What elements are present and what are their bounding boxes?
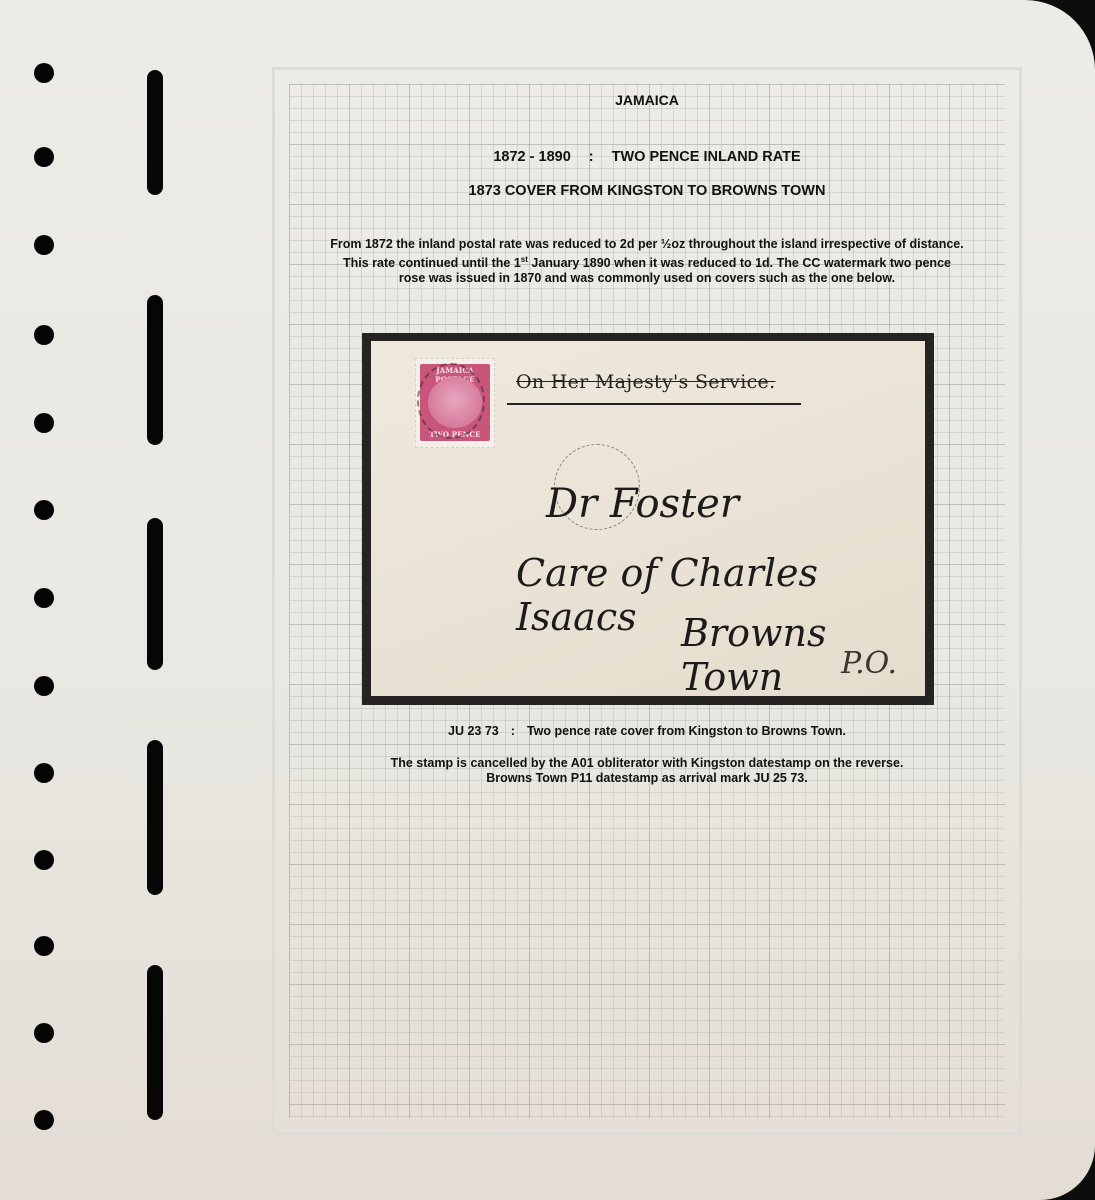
note-line-2: Browns Town P11 datestamp as arrival mar… <box>272 771 1022 786</box>
binder-slot <box>147 740 163 895</box>
binder-slot <box>147 518 163 670</box>
cover-mount: JAMAICA POSTAGE TWO PENCE On Her Majesty… <box>362 333 934 705</box>
binder-slot <box>147 70 163 195</box>
cover-caption: JU 23 73:Two pence rate cover from Kings… <box>272 724 1022 738</box>
punch-hole <box>34 63 54 83</box>
address-line-1: Dr Foster <box>546 481 739 527</box>
cover-notes: The stamp is cancelled by the A01 oblite… <box>272 756 1022 786</box>
punch-hole <box>34 763 54 783</box>
punch-hole <box>34 676 54 696</box>
printed-heading: On Her Majesty's Service. <box>516 371 775 393</box>
punch-hole <box>34 588 54 608</box>
punch-hole <box>34 936 54 956</box>
separator: : <box>589 149 594 165</box>
intro-line-2-text: This rate continued until the 1 <box>343 256 521 270</box>
punch-hole <box>34 325 54 345</box>
page-title: JAMAICA <box>272 92 1022 108</box>
intro-line-3: rose was issued in 1870 and was commonly… <box>272 271 1022 286</box>
punch-hole <box>34 500 54 520</box>
intro-line-1: From 1872 the inland postal rate was red… <box>272 237 1022 252</box>
punch-hole <box>34 413 54 433</box>
rate-label: TWO PENCE INLAND RATE <box>612 149 801 165</box>
punch-hole <box>34 1110 54 1130</box>
binder-slot <box>147 965 163 1120</box>
cover-description: Two pence rate cover from Kingston to Br… <box>527 724 846 738</box>
note-line-1: The stamp is cancelled by the A01 oblite… <box>272 756 1022 771</box>
intro-line-2: This rate continued until the 1st Januar… <box>272 252 1022 271</box>
cover-title: 1873 COVER FROM KINGSTON TO BROWNS TOWN <box>272 183 1022 199</box>
a01-obliterator-cancel <box>417 363 485 439</box>
punch-hole <box>34 147 54 167</box>
address-line-4: P.O. <box>841 646 897 681</box>
period-label: 1872 - 1890 <box>493 149 570 165</box>
separator: : <box>511 724 515 738</box>
ordinal-superscript: st <box>521 255 528 264</box>
punch-hole <box>34 235 54 255</box>
heading-rule <box>507 403 801 405</box>
binder-slot <box>147 295 163 445</box>
cover-date: JU 23 73 <box>448 724 499 738</box>
page-subtitle: 1872 - 1890:TWO PENCE INLAND RATE <box>272 149 1022 165</box>
punch-hole <box>34 850 54 870</box>
intro-paragraph: From 1872 the inland postal rate was red… <box>272 237 1022 286</box>
intro-line-2-text-end: January 1890 when it was reduced to 1d. … <box>528 256 951 270</box>
punch-hole <box>34 1023 54 1043</box>
envelope-cover: JAMAICA POSTAGE TWO PENCE On Her Majesty… <box>371 341 925 696</box>
album-page: JAMAICA 1872 - 1890:TWO PENCE INLAND RAT… <box>0 0 1095 1200</box>
